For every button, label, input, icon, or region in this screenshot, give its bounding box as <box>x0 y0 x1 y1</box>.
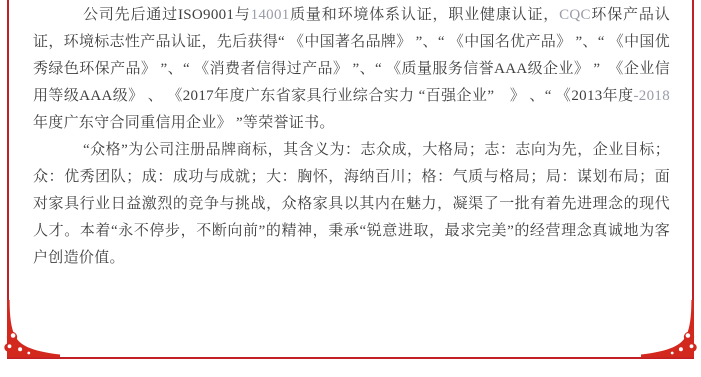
left-corner-cloud-ornament-icon <box>0 300 60 359</box>
certifications-paragraph: 公司先后通过ISO9001与14001质量和环境体系认证，职业健康认证，CQC环… <box>33 2 670 137</box>
text-segment: 质量和环境体系认证，职业健康认证， <box>290 7 560 23</box>
company-intro-page: 公司先后通过ISO9001与14001质量和环境体系认证，职业健康认证，CQC环… <box>0 0 701 377</box>
text-segment: 年度广东守合同重信用企业》 ”等荣誉证书。 <box>33 115 335 131</box>
text-segment: 14001 <box>251 7 290 23</box>
text-segment: -2018 <box>634 88 671 104</box>
left-border-line <box>7 0 9 308</box>
about-text-block: 公司先后通过ISO9001与14001质量和环境体系认证，职业健康认证，CQC环… <box>33 2 670 272</box>
bottom-border-line <box>7 357 694 359</box>
text-segment: “众格”为公司注册品牌商标，其含义为：志众成，大格局；志：志向为先，企业目标；众… <box>33 142 670 266</box>
text-segment: CQC <box>559 7 591 23</box>
right-corner-cloud-ornament-icon <box>641 300 701 359</box>
text-segment: 公司先后通过ISO9001与 <box>83 7 251 23</box>
brand-paragraph: “众格”为公司注册品牌商标，其含义为：志众成，大格局；志：志向为先，企业目标；众… <box>33 137 670 272</box>
right-border-line <box>692 0 694 308</box>
